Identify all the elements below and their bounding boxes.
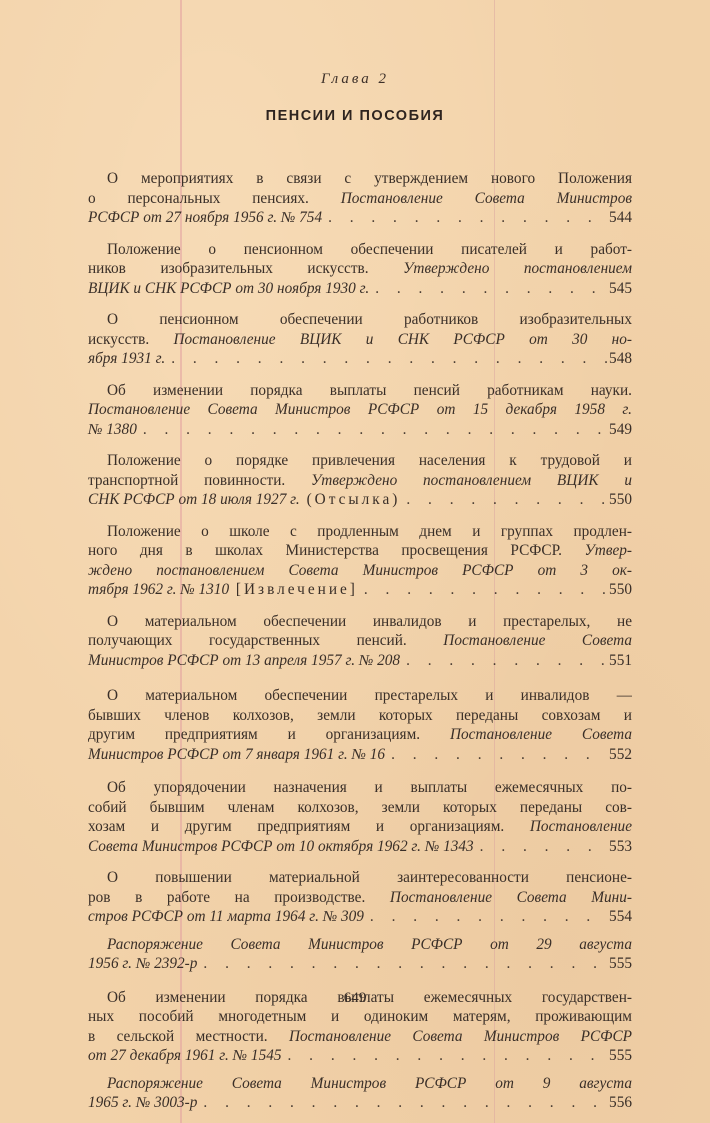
entry-last-line: 1956 г. № 2392-р. . . . . . . . . . . . … — [88, 954, 632, 974]
citation-text: ждено постановлением Совета Министров РС… — [88, 562, 632, 579]
citation-text: Распоряжение Совета Министров РСФСР от 2… — [107, 936, 632, 953]
leader-dots: . . . . . . . . . . . . . . . . . . . . … — [474, 837, 607, 857]
entry-page-number[interactable]: 555 — [607, 954, 632, 974]
entry-line: О материальном обеспечении инвалидов и п… — [88, 612, 632, 632]
entry-page-number[interactable]: 544 — [607, 208, 632, 228]
entry-line: О пенсионном обеспечении работников изоб… — [88, 310, 632, 330]
entry-page-number[interactable]: 554 — [607, 907, 632, 927]
toc-entry[interactable]: О материальном обеспечении инвалидов и п… — [88, 612, 632, 671]
entry-text: транспортной повинности. — [88, 472, 311, 489]
entry-last-line: ВЦИК и СНК РСФСР от 30 ноября 1930 г.. .… — [88, 279, 632, 299]
entry-last-text: стров РСФСР от 11 марта 1964 г. № 309 — [88, 907, 364, 927]
entry-text: в сельской местности. — [88, 1028, 289, 1045]
entry-line: Распоряжение Совета Министров РСФСР от 9… — [88, 1074, 632, 1094]
entry-last-text: Министров РСФСР от 13 апреля 1957 г. № 2… — [88, 651, 400, 671]
entry-line: ного дня в школах Министерства просвещен… — [88, 541, 632, 561]
entry-text: Положение о порядке привлечения населени… — [107, 452, 632, 469]
leader-dots: . . . . . . . . . . . . . . . . . . . . … — [400, 651, 607, 671]
citation-text: Постановление Совета Министров РСФСР от … — [88, 401, 632, 418]
toc-entry[interactable]: Положение о пенсионном обеспечении писат… — [88, 240, 632, 299]
citation-text: Постановление Совета — [443, 632, 632, 649]
entry-line: Положение о пенсионном обеспечении писат… — [88, 240, 632, 260]
leader-dots: . . . . . . . . . . . . . . . . . . . . … — [137, 420, 607, 440]
entry-text: ного дня в школах Министерства просвещен… — [88, 542, 584, 559]
entry-line: собий бывшим членам колхозов, земли кото… — [88, 798, 632, 818]
entry-text: о персональных пенсиях. — [88, 190, 341, 207]
toc-entry[interactable]: Распоряжение Совета Министров РСФСР от 9… — [88, 1074, 632, 1113]
chapter-label: Глава 2 — [0, 71, 710, 88]
entry-page-number[interactable]: 553 — [607, 837, 632, 857]
citation-text: ября 1931 г. — [88, 350, 165, 367]
citation-text: ВЦИК и СНК РСФСР от 30 ноября 1930 г. — [88, 280, 369, 297]
entry-page-number[interactable]: 552 — [607, 745, 632, 765]
entry-line: ников изобразительных искусств. Утвержде… — [88, 259, 632, 279]
entry-text: О материальном обеспечении инвалидов и п… — [107, 613, 632, 630]
entry-last-text: 1956 г. № 2392-р — [88, 954, 197, 974]
entry-text: другим предприятиям и организациям. — [88, 726, 450, 743]
entry-line: Положение о порядке привлечения населени… — [88, 451, 632, 471]
entry-page-number[interactable]: 555 — [607, 1046, 632, 1066]
section-title: ПЕНСИИ И ПОСОБИЯ — [0, 108, 710, 124]
entry-line: в сельской местности. Постановление Сове… — [88, 1027, 632, 1047]
citation-text: Министров РСФСР от 13 апреля 1957 г. № 2… — [88, 652, 400, 669]
toc-entry[interactable]: О мероприятиях в связи с утверждением но… — [88, 169, 632, 228]
leader-dots: . . . . . . . . . . . . . . . . . . . . … — [385, 745, 607, 765]
citation-text: Постановление Совета Министров РСФСР — [289, 1028, 632, 1045]
citation-text: СНК РСФСР от 18 июля 1927 г. — [88, 491, 300, 508]
citation-text: тября 1962 г. № 1310 — [88, 581, 229, 598]
entry-last-line: № 1380. . . . . . . . . . . . . . . . . … — [88, 420, 632, 440]
entry-text: О пенсионном обеспечении работников изоб… — [107, 311, 632, 328]
entry-line: другим предприятиям и организациям. Пост… — [88, 725, 632, 745]
leader-dots: . . . . . . . . . . . . . . . . . . . . … — [400, 490, 607, 510]
entry-text: ных пособий многодетным и одиноким матер… — [88, 1008, 632, 1025]
entry-last-text: 1965 г. № 3003-р — [88, 1093, 197, 1113]
note-text: (Отсылка) — [300, 491, 401, 508]
entry-text: ров в работе на производстве. — [88, 889, 390, 906]
entry-last-line: СНК РСФСР от 18 июля 1927 г. (Отсылка). … — [88, 490, 632, 510]
leader-dots: . . . . . . . . . . . . . . . . . . . . … — [197, 1093, 607, 1113]
page-number: 649 — [0, 990, 710, 1007]
leader-dots: . . . . . . . . . . . . . . . . . . . . … — [322, 208, 607, 228]
entry-last-line: тября 1962 г. № 1310 [Извлечение]. . . .… — [88, 580, 632, 600]
entry-line: хозам и другим предприятиям и организаци… — [88, 817, 632, 837]
entry-last-text: СНК РСФСР от 18 июля 1927 г. (Отсылка) — [88, 490, 400, 510]
citation-text: Постановление Совета — [450, 726, 632, 743]
citation-text: Постановление Совета Министров — [341, 190, 632, 207]
entry-line: О материальном обеспечении престарелых и… — [88, 686, 632, 706]
entry-last-line: Министров РСФСР от 7 января 1961 г. № 16… — [88, 745, 632, 765]
entry-last-line: 1965 г. № 3003-р. . . . . . . . . . . . … — [88, 1093, 632, 1113]
entry-line: искусств. Постановление ВЦИК и СНК РСФСР… — [88, 330, 632, 350]
entry-line: Об упорядочении назначения и выплаты еже… — [88, 778, 632, 798]
toc-entry[interactable]: О материальном обеспечении престарелых и… — [88, 686, 632, 764]
citation-text: Распоряжение Совета Министров РСФСР от 9… — [107, 1075, 632, 1092]
entry-line: ных пособий многодетным и одиноким матер… — [88, 1007, 632, 1027]
entry-last-line: стров РСФСР от 11 марта 1964 г. № 309. .… — [88, 907, 632, 927]
citation-text: Совета Министров РСФСР от 10 октября 196… — [88, 838, 474, 855]
leader-dots: . . . . . . . . . . . . . . . . . . . . … — [358, 580, 607, 600]
entry-page-number[interactable]: 550 — [607, 490, 632, 510]
entry-line: получающих государственных пенсий. Поста… — [88, 631, 632, 651]
toc-entry[interactable]: О повышении материальной заинтересованно… — [88, 868, 632, 927]
citation-text: 1965 г. № 3003-р — [88, 1094, 197, 1111]
entry-text: получающих государственных пенсий. — [88, 632, 443, 649]
entry-page-number[interactable]: 549 — [607, 420, 632, 440]
citation-text: 1956 г. № 2392-р — [88, 955, 197, 972]
note-text: [Извлечение] — [229, 581, 358, 598]
citation-text: № 1380 — [88, 421, 137, 438]
toc-entry[interactable]: Распоряжение Совета Министров РСФСР от 2… — [88, 935, 632, 974]
entry-last-line: РСФСР от 27 ноября 1956 г. № 754. . . . … — [88, 208, 632, 228]
entry-page-number[interactable]: 556 — [607, 1093, 632, 1113]
entry-last-text: от 27 декабря 1961 г. № 1545 — [88, 1046, 282, 1066]
entry-line: О мероприятиях в связи с утверждением но… — [88, 169, 632, 189]
entry-text: ников изобразительных искусств. — [88, 260, 403, 277]
citation-text: Утверждено постановлением — [403, 260, 632, 277]
entry-line: Положение о школе с продленным днем и гр… — [88, 522, 632, 542]
entry-last-text: ВЦИК и СНК РСФСР от 30 ноября 1930 г. — [88, 279, 369, 299]
entry-text: О материальном обеспечении престарелых и… — [107, 687, 632, 704]
entry-page-number[interactable]: 551 — [607, 651, 632, 671]
entry-text: О повышении материальной заинтересованно… — [107, 869, 632, 886]
entry-page-number[interactable]: 550 — [607, 580, 632, 600]
entry-last-text: Министров РСФСР от 7 января 1961 г. № 16 — [88, 745, 385, 765]
toc-entry[interactable]: Об изменении порядка выплаты пенсий рабо… — [88, 381, 632, 440]
citation-text: стров РСФСР от 11 марта 1964 г. № 309 — [88, 908, 364, 925]
entry-text: О мероприятиях в связи с утверждением но… — [107, 170, 632, 187]
entry-last-line: Министров РСФСР от 13 апреля 1957 г. № 2… — [88, 651, 632, 671]
toc-entry[interactable]: О пенсионном обеспечении работников изоб… — [88, 310, 632, 369]
book-page: Глава 2 ПЕНСИИ И ПОСОБИЯ О мероприятиях … — [0, 0, 710, 1123]
leader-dots: . . . . . . . . . . . . . . . . . . . . … — [369, 279, 607, 299]
entry-text: собий бывшим членам колхозов, земли кото… — [88, 799, 632, 816]
entry-page-number[interactable]: 548 — [607, 349, 632, 369]
toc-entry[interactable]: Об упорядочении назначения и выплаты еже… — [88, 778, 632, 856]
entry-page-number[interactable]: 545 — [607, 279, 632, 299]
entry-text: Положение о школе с продленным днем и гр… — [107, 523, 632, 540]
entry-line: Об изменении порядка выплаты пенсий рабо… — [88, 381, 632, 401]
citation-text: от 27 декабря 1961 г. № 1545 — [88, 1047, 282, 1064]
entry-line: ждено постановлением Совета Министров РС… — [88, 561, 632, 581]
entry-text: Положение о пенсионном обеспечении писат… — [107, 241, 632, 258]
leader-dots: . . . . . . . . . . . . . . . . . . . . … — [282, 1046, 608, 1066]
entry-last-text: № 1380 — [88, 420, 137, 440]
toc-entry[interactable]: Положение о порядке привлечения населени… — [88, 451, 632, 510]
citation-text: Постановление — [530, 818, 632, 835]
citation-text: Утверждено постановлением ВЦИК и — [311, 472, 632, 489]
entry-last-line: от 27 декабря 1961 г. № 1545. . . . . . … — [88, 1046, 632, 1066]
entry-line: Постановление Совета Министров РСФСР от … — [88, 400, 632, 420]
leader-dots: . . . . . . . . . . . . . . . . . . . . … — [364, 907, 607, 927]
entry-last-line: ября 1931 г.. . . . . . . . . . . . . . … — [88, 349, 632, 369]
entry-text: Об изменении порядка выплаты пенсий рабо… — [107, 382, 632, 399]
entry-last-text: Совета Министров РСФСР от 10 октября 196… — [88, 837, 474, 857]
entry-text: Об упорядочении назначения и выплаты еже… — [107, 779, 632, 796]
entry-line: О повышении материальной заинтересованно… — [88, 868, 632, 888]
toc-entry[interactable]: Положение о школе с продленным днем и гр… — [88, 522, 632, 600]
entry-last-text: тября 1962 г. № 1310 [Извлечение] — [88, 580, 358, 600]
citation-text: Постановление Совета Мини- — [390, 889, 632, 906]
entry-text: искусств. — [88, 331, 173, 348]
table-of-contents: О мероприятиях в связи с утверждением но… — [88, 157, 632, 1113]
leader-dots: . . . . . . . . . . . . . . . . . . . . … — [165, 349, 607, 369]
entry-line: ров в работе на производстве. Постановле… — [88, 888, 632, 908]
citation-text: РСФСР от 27 ноября 1956 г. № 754 — [88, 209, 322, 226]
entry-line: транспортной повинности. Утверждено пост… — [88, 471, 632, 491]
leader-dots: . . . . . . . . . . . . . . . . . . . . … — [197, 954, 607, 974]
entry-text: бывших членов колхозов, земли которых пе… — [88, 707, 632, 724]
entry-last-text: ября 1931 г. — [88, 349, 165, 369]
citation-text: Утвер- — [584, 542, 632, 559]
entry-text: хозам и другим предприятиям и организаци… — [88, 818, 530, 835]
entry-last-line: Совета Министров РСФСР от 10 октября 196… — [88, 837, 632, 857]
entry-line: бывших членов колхозов, земли которых пе… — [88, 706, 632, 726]
entry-last-text: РСФСР от 27 ноября 1956 г. № 754 — [88, 208, 322, 228]
entry-line: Распоряжение Совета Министров РСФСР от 2… — [88, 935, 632, 955]
citation-text: Постановление ВЦИК и СНК РСФСР от 30 но- — [173, 331, 632, 348]
entry-line: о персональных пенсиях. Постановление Со… — [88, 189, 632, 209]
citation-text: Министров РСФСР от 7 января 1961 г. № 16 — [88, 746, 385, 763]
